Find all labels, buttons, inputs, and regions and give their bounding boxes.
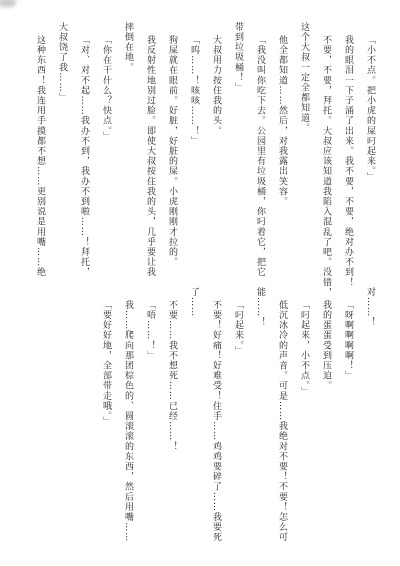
text-column: 对……！ bbox=[359, 287, 381, 547]
text-column: 能……！ bbox=[249, 287, 271, 547]
text-column: 我的蛋蛋受到压迫。 bbox=[315, 287, 337, 547]
bottom-text-block: 对……！「呀啊啊啊啊！」我的蛋蛋受到压迫。「叼起来，小不点。」低沉冰冷的声音。可… bbox=[95, 287, 381, 547]
text-column: 「我没叫你吃下去。公园里有垃圾桶，你叼着它，把它 bbox=[249, 22, 271, 286]
text-column: 不要！好痛！好难受！住手……鸡鸡要碎了……我要死 bbox=[205, 287, 227, 547]
text-column: 摔倒在地。 bbox=[117, 22, 139, 286]
text-column: 「叼起来，小不点。」 bbox=[293, 287, 315, 547]
text-column: 他全都知道……然后，对我露出笑容。 bbox=[271, 22, 293, 286]
text-column: 「呜……！咳咳……！」 bbox=[183, 22, 205, 286]
text-column: 不要……我不想死……已经……！ bbox=[161, 287, 183, 547]
text-column: 这种东西！我连用手摸都不想……更别说是用嘴……绝 bbox=[29, 22, 51, 286]
text-column: 「小不点。把小虎的屎叼起来。」 bbox=[359, 22, 381, 286]
text-column: 「要好好地，全部带走哦。」 bbox=[95, 287, 117, 547]
text-column: 我的眼泪一下子涌了出来。我不要，不要，绝对办不到！ bbox=[337, 22, 359, 286]
text-column: 「你在干什么？快点。」 bbox=[95, 22, 117, 286]
text-column: 我反射性地别过脸。即使大叔按住我的头，几乎要让我 bbox=[139, 22, 161, 286]
text-column: 「对、对不起……我办不到，我办不到啦……！拜托， bbox=[73, 22, 95, 286]
text-column: 不要，不要，拜托。大叔应该知道我陷入混乱了吧。没错， bbox=[315, 22, 337, 286]
text-column: 狗屎就在眼前。好脏，好脏的屎。小虎刚刚才拉的。 bbox=[161, 22, 183, 286]
text-column: 「叼起来。」 bbox=[227, 287, 249, 547]
text-column: 大叔饶了我……」 bbox=[51, 22, 73, 286]
text-column: 带到垃圾桶！」 bbox=[227, 22, 249, 286]
text-column: 我……爬向那团棕色的、圆滚滚的东西，然后用嘴…… bbox=[117, 287, 139, 547]
manga-novel-text-page: 「小不点。把小虎的屎叼起来。」我的眼泪一下子涌了出来。我不要，不要，绝对办不到！… bbox=[0, 0, 400, 566]
top-text-block: 「小不点。把小虎的屎叼起来。」我的眼泪一下子涌了出来。我不要，不要，绝对办不到！… bbox=[29, 22, 381, 286]
text-column: 「呀啊啊啊啊！」 bbox=[337, 287, 359, 547]
text-column: 低沉冰冷的声音。可是……我绝对不要！不要！怎么可 bbox=[271, 287, 293, 547]
scan-artifact-smudge bbox=[0, 0, 16, 7]
text-column: 大叔用力按住我的头。 bbox=[205, 22, 227, 286]
text-column: 「唔……！」 bbox=[139, 287, 161, 547]
text-column: 了…… bbox=[183, 287, 205, 547]
text-column: 这个大叔一定全都知道。 bbox=[293, 22, 315, 286]
